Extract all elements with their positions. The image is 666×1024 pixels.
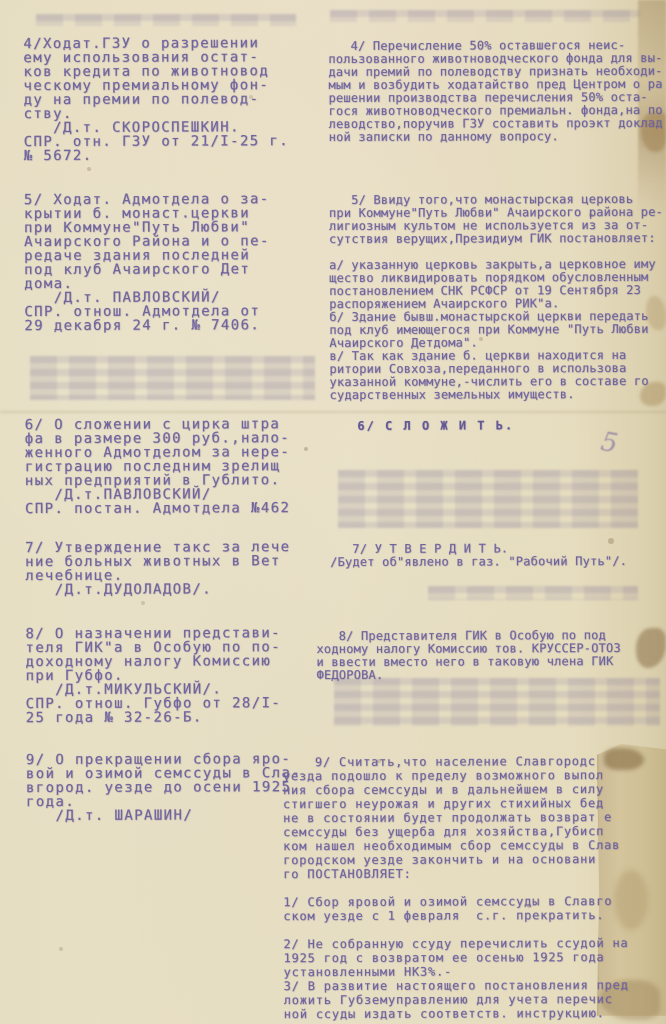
- item-4-resolution: 4/ Перечисление 50% оставшегося неис- по…: [328, 39, 662, 144]
- item-5-motion: 5/ Ходат. Адмотдела о за- крытии б. мона…: [24, 192, 336, 333]
- item-5-resolution: 5/ Ввиду того,что монастырская церковь п…: [329, 193, 664, 402]
- item-7-motion: 7/ Утверждение такс за лече ние больных …: [25, 540, 337, 597]
- item-6-resolution: 6/ С Л О Ж И Т Ь.: [330, 419, 664, 433]
- item-8-resolution: 8/ Представителя ГИК в Особую по под ход…: [316, 629, 666, 682]
- item-8-motion: 8/ О назначении представи- теля ГИК"а в …: [25, 626, 337, 725]
- scanned-protocol-page: 5 4/Ходат.ГЗУ о разрешении ему использов…: [0, 0, 666, 1024]
- item-7-resolution: 7/ У Т В Е Р Д И Т Ь. /Будет об"явлено в…: [330, 542, 664, 569]
- item-4-motion: 4/Ходат.ГЗУ о разрешении ему использован…: [23, 36, 335, 163]
- item-9-resolution: 9/ Считать,что население Славгородс уезд…: [283, 754, 666, 1021]
- item-6-motion: 6/ О сложении с цирка штра фа в размере …: [25, 417, 337, 516]
- typewritten-content: 4/Ходат.ГЗУ о разрешении ему использован…: [0, 0, 666, 1024]
